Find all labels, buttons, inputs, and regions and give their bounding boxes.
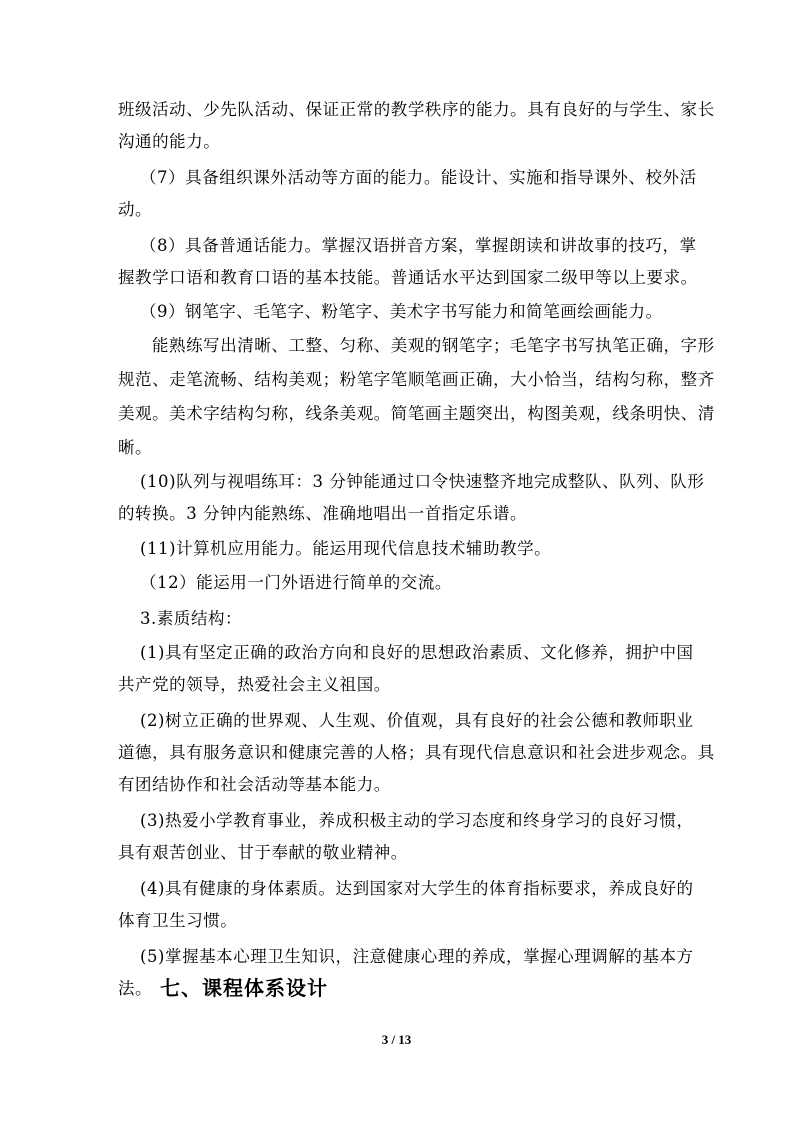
text-line: (2)树立正确的世界观、人生观、价值观，具有良好的社会公德和教师职业 xyxy=(140,711,694,731)
section-heading: 七、课程体系设计 xyxy=(160,972,328,1001)
text-line: 动。 xyxy=(118,200,152,220)
text-line: (5)掌握基本心理卫生知识，注意健康心理的养成，掌握心理调解的基本方 xyxy=(140,947,694,967)
text-line: （12）能运用一门外语进行简单的交流。 xyxy=(140,573,452,593)
text-line: 体育卫生习惯。 xyxy=(118,911,237,931)
text-line: (1)具有坚定正确的政治方向和良好的思想政治素质、文化修养，拥护中国 xyxy=(140,643,694,663)
text-line: 握教学口语和教育口语的基本技能。普通话水平达到国家二级甲等以上要求。 xyxy=(118,268,698,288)
document-page: 班级活动、少先队活动、保证正常的教学秩序的能力。具有良好的与学生、家长 沟通的能… xyxy=(0,0,793,1122)
text-line: 能熟练写出清晰、工整、匀称、美观的钢笔字；毛笔字书写执笔正确，字形 xyxy=(152,336,715,356)
text-line: （9）钢笔字、毛笔字、粉笔字、美术字书写能力和简笔画绘画能力。 xyxy=(140,302,663,322)
text-line: (3)热爱小学教育事业，养成积极主动的学习态度和终身学习的良好习惯， xyxy=(140,811,694,831)
text-line: 法。 xyxy=(118,979,152,999)
text-line: （8）具备普通话能力。掌握汉语拼音方案，掌握朗读和讲故事的技巧，掌 xyxy=(140,236,697,256)
text-line: 共产党的领导，热爱社会主义祖国。 xyxy=(118,675,391,695)
text-line: 的转换。3 分钟内能熟练、准确地唱出一首指定乐谱。 xyxy=(118,504,527,524)
text-line: 规范、走笔流畅、结构美观；粉笔字笔顺笔画正确，大小恰当，结构匀称，整齐 xyxy=(118,370,715,390)
text-line: （7）具备组织课外活动等方面的能力。能设计、实施和指导课外、校外活 xyxy=(140,168,697,188)
text-line: 沟通的能力。 xyxy=(118,132,220,152)
text-line: 3.素质结构： xyxy=(140,609,242,629)
text-line: 美观。美术字结构匀称，线条美观。简笔画主题突出，构图美观，线条明快、清 xyxy=(118,404,715,424)
text-line: 晰。 xyxy=(118,438,152,458)
text-line: (10)队列与视唱练耳：3 分钟能通过口令快速整齐地完成整队、队列、队形 xyxy=(140,472,704,492)
text-line: 有团结协作和社会活动等基本能力。 xyxy=(118,775,391,795)
text-line: (4)具有健康的身体素质。达到国家对大学生的体育指标要求，养成良好的 xyxy=(140,879,694,899)
page-number: 3 / 13 xyxy=(0,1032,793,1048)
text-line: 具有艰苦创业、甘于奉献的敬业精神。 xyxy=(118,843,408,863)
text-line: 道德，具有服务意识和健康完善的人格；具有现代信息意识和社会进步观念。具 xyxy=(118,743,715,763)
text-line: 班级活动、少先队活动、保证正常的教学秩序的能力。具有良好的与学生、家长 xyxy=(118,100,715,120)
text-line: (11)计算机应用能力。能运用现代信息技术辅助教学。 xyxy=(140,539,551,559)
